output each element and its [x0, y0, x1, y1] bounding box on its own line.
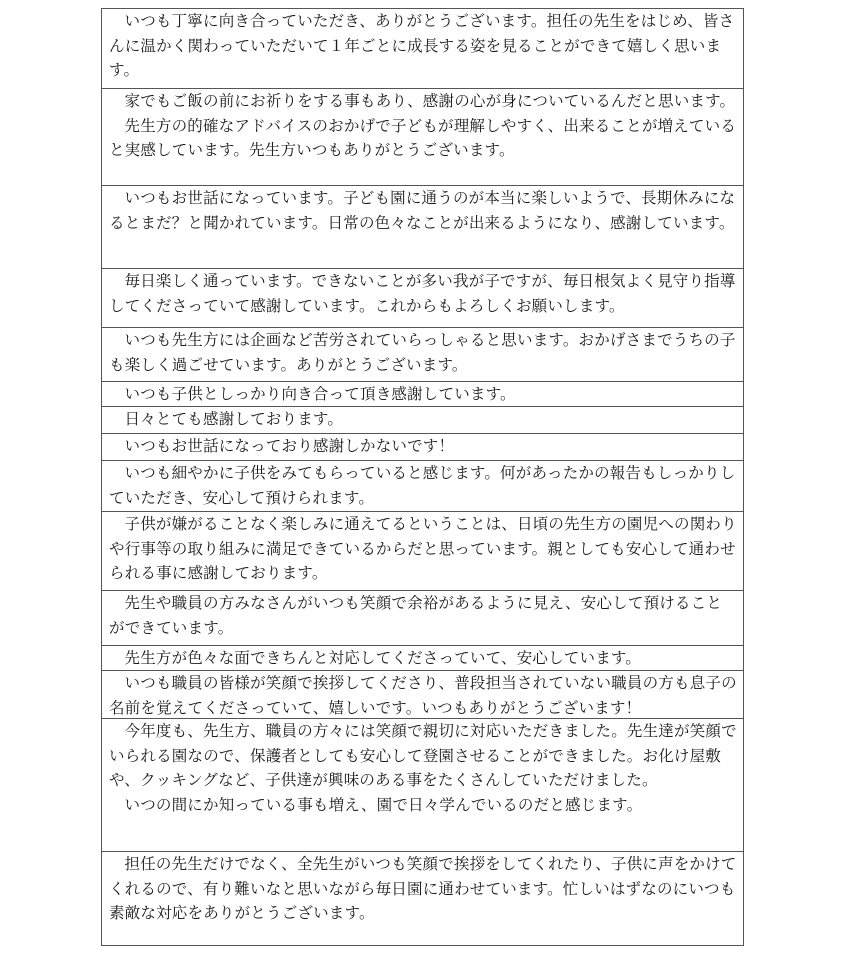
feedback-text: 家でもご飯の前にお祈りをする事もあり、感謝の心が身についているんだと思います。: [109, 89, 737, 114]
feedback-text: いつも先生方には企画など苦労されていらっしゃると思います。おかげさまでうちの子も…: [109, 328, 737, 377]
feedback-text: いつも丁寧に向き合っていただき、ありがとうございます。担任の先生をはじめ、皆さん…: [109, 9, 737, 83]
feedback-row-5: いつも先生方には企画など苦労されていらっしゃると思います。おかげさまでうちの子も…: [102, 328, 743, 382]
feedback-row-10: 子供が嫌がることなく楽しみに通えてるということは、日頃の先生方の園児への関わりや…: [102, 512, 743, 591]
feedback-row-12: 先生方が色々な面できちんと対応してくださっていて、安心しています。: [102, 646, 743, 671]
feedback-row-3: いつもお世話になっています。子ども園に通うのが本当に楽しいようで、長期休みになる…: [102, 186, 743, 269]
feedback-row-8: いつもお世話になっており感謝しかないです！: [102, 434, 743, 461]
feedback-text: 担任の先生だけでなく、全先生がいつも笑顔で挨拶をしてくれたり、子供に声をかけてく…: [109, 852, 737, 926]
feedback-row-1: いつも丁寧に向き合っていただき、ありがとうございます。担任の先生をはじめ、皆さん…: [102, 9, 743, 89]
feedback-text: いつも職員の皆様が笑顔で挨拶してくださり、普段担当されていない職員の方も息子の名…: [109, 671, 737, 719]
feedback-text: 先生方の的確なアドバイスのおかげで子どもが理解しやすく、出来ることが増えていると…: [109, 114, 737, 163]
feedback-table: いつも丁寧に向き合っていただき、ありがとうございます。担任の先生をはじめ、皆さん…: [101, 8, 744, 946]
feedback-text: いつもお世話になっています。子ども園に通うのが本当に楽しいようで、長期休みになる…: [109, 186, 737, 235]
feedback-text: いつも子供としっかり向き合って頂き感謝しています。: [109, 382, 737, 407]
feedback-row-7: 日々とても感謝しております。: [102, 407, 743, 434]
feedback-row-11: 先生や職員の方みなさんがいつも笑顔で余裕があるように見え、安心して預けることがで…: [102, 591, 743, 646]
feedback-text: 子供が嫌がることなく楽しみに通えてるということは、日頃の先生方の園児への関わりや…: [109, 512, 737, 586]
feedback-text: いつの間にか知っている事も増え、園で日々学んでいるのだと感じます。: [109, 793, 737, 818]
feedback-row-4: 毎日楽しく通っています。できないことが多い我が子ですが、毎日根気よく見守り指導し…: [102, 269, 743, 328]
feedback-text: いつもお世話になっており感謝しかないです！: [109, 434, 737, 459]
feedback-row-9: いつも細やかに子供をみてもらっていると感じます。何があったかの報告もしっかりして…: [102, 461, 743, 512]
feedback-row-14: 今年度も、先生方、職員の方々には笑顔で親切に対応いただきました。先生達が笑顔でい…: [102, 719, 743, 852]
feedback-row-15: 担任の先生だけでなく、全先生がいつも笑顔で挨拶をしてくれたり、子供に声をかけてく…: [102, 852, 743, 946]
feedback-text: いつも細やかに子供をみてもらっていると感じます。何があったかの報告もしっかりして…: [109, 461, 737, 510]
feedback-text: 先生方が色々な面できちんと対応してくださっていて、安心しています。: [109, 646, 737, 671]
feedback-row-2: 家でもご飯の前にお祈りをする事もあり、感謝の心が身についているんだと思います。 …: [102, 89, 743, 186]
feedback-row-13: いつも職員の皆様が笑顔で挨拶してくださり、普段担当されていない職員の方も息子の名…: [102, 671, 743, 719]
feedback-row-6: いつも子供としっかり向き合って頂き感謝しています。: [102, 382, 743, 407]
feedback-text: 毎日楽しく通っています。できないことが多い我が子ですが、毎日根気よく見守り指導し…: [109, 269, 737, 318]
feedback-text: 今年度も、先生方、職員の方々には笑顔で親切に対応いただきました。先生達が笑顔でい…: [109, 719, 737, 793]
feedback-text: 先生や職員の方みなさんがいつも笑顔で余裕があるように見え、安心して預けることがで…: [109, 591, 737, 640]
feedback-text: 日々とても感謝しております。: [109, 407, 737, 432]
